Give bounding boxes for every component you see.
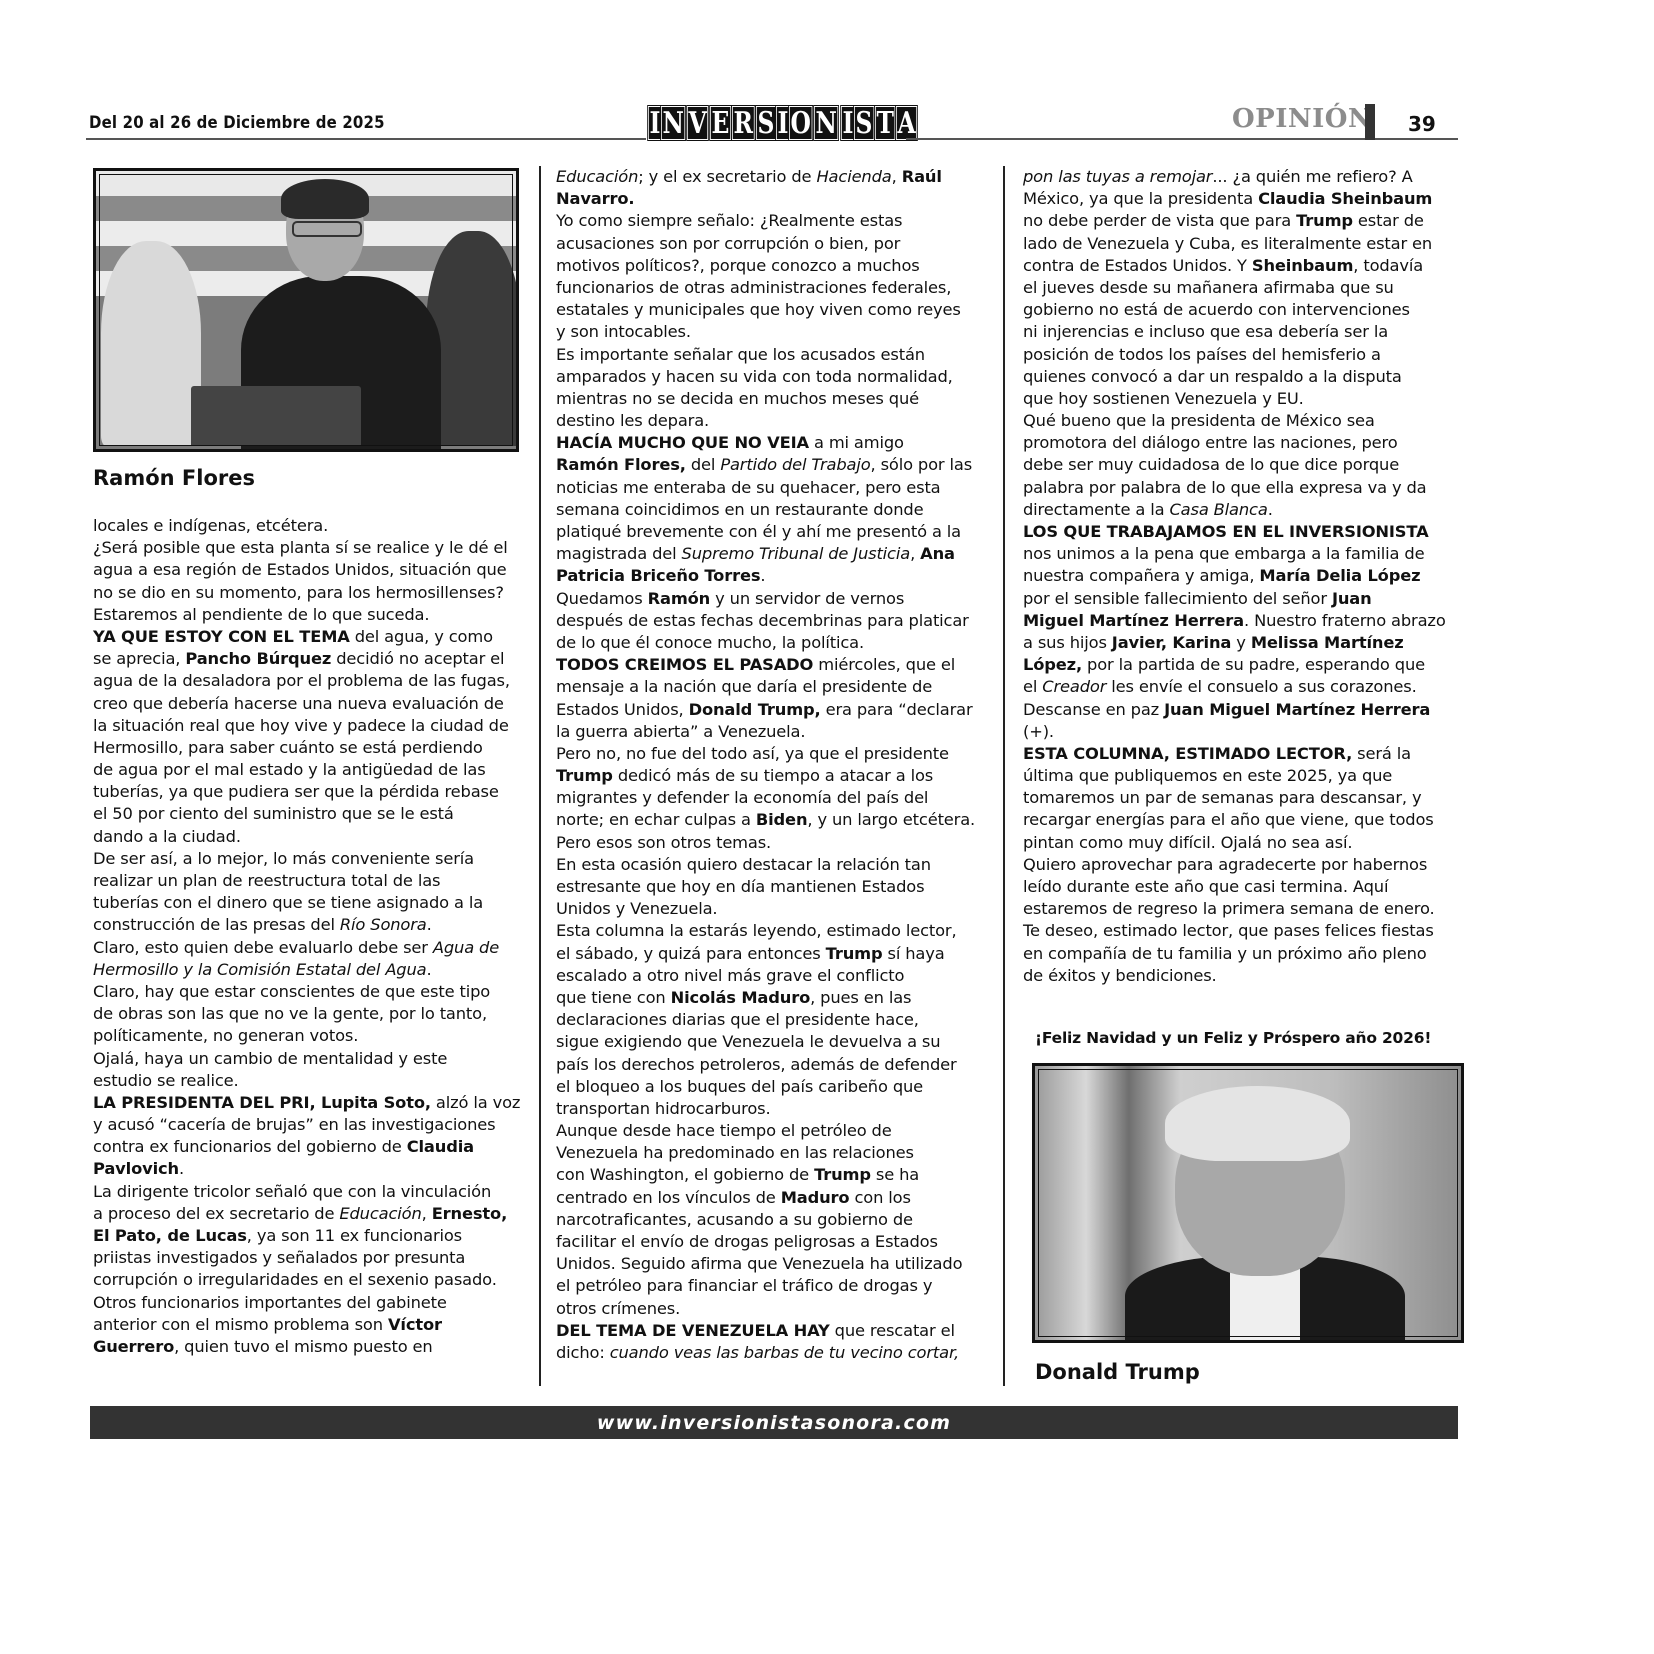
text-line: políticamente, no generan votos. <box>93 1025 520 1047</box>
body-text: Unidos. Seguido afirma que Venezuela ha … <box>556 1254 962 1273</box>
bold-text: Juan Miguel Martínez Herrera <box>1164 700 1430 719</box>
bold-text: Víctor <box>388 1315 442 1334</box>
text-line: palabra por palabra de lo que ella expre… <box>1023 477 1446 499</box>
body-text: contra de Estados Unidos. Y <box>1023 256 1252 275</box>
bold-text: Donald Trump, <box>689 700 821 719</box>
text-line: Educación; y el ex secretario de Haciend… <box>556 166 975 188</box>
body-text: tuberías con el dinero que se tiene asig… <box>93 893 483 912</box>
body-text: alzó la voz <box>431 1093 520 1112</box>
text-line: de obras son las que no ve la gente, por… <box>93 1003 520 1025</box>
text-line: leído durante este año que casi termina.… <box>1023 876 1446 898</box>
text-line: el bloqueo a los buques del país caribeñ… <box>556 1076 975 1098</box>
photo-figure <box>101 241 201 446</box>
text-line: funcionarios de otras administraciones f… <box>556 277 975 299</box>
bold-text: El Pato, de Lucas <box>93 1226 247 1245</box>
page-number: 39 <box>1408 112 1436 136</box>
body-text: el sábado, y quizá para entonces <box>556 944 826 963</box>
text-line: Venezuela ha predominado en las relacion… <box>556 1142 975 1164</box>
text-line: Guerrero, quien tuvo el mismo puesto en <box>93 1336 520 1358</box>
body-text: estresante que hoy en día mantienen Esta… <box>556 877 924 896</box>
text-line: a proceso del ex secretario de Educación… <box>93 1203 520 1225</box>
body-text: Claro, esto quien debe evaluarlo debe se… <box>93 938 433 957</box>
body-text: de éxitos y bendiciones. <box>1023 966 1217 985</box>
body-text: funcionarios de otras administraciones f… <box>556 278 951 297</box>
body-text: última que publiquemos en este 2025, ya … <box>1023 766 1392 785</box>
text-line: norte; en echar culpas a Biden, y un lar… <box>556 809 975 831</box>
body-text: y acusó “cacería de brujas” en las inves… <box>93 1115 495 1134</box>
text-line: López, por la partida de su padre, esper… <box>1023 654 1446 676</box>
body-text: estaremos de regreso la primera semana d… <box>1023 899 1435 918</box>
body-text: mientras no se decida en muchos meses qu… <box>556 389 919 408</box>
body-text: . <box>427 915 432 934</box>
text-line: noticias me enteraba de su quehacer, per… <box>556 477 975 499</box>
text-line: y son intocables. <box>556 321 975 343</box>
body-text: , <box>910 544 920 563</box>
text-line: Pero esos son otros temas. <box>556 832 975 854</box>
body-text: tomaremos un par de semanas para descans… <box>1023 788 1421 807</box>
italic-text: Casa Blanca <box>1169 500 1267 519</box>
text-line: quienes convocó a dar un respaldo a la d… <box>1023 366 1446 388</box>
bold-text: TODOS CREIMOS EL PASADO <box>556 655 813 674</box>
masthead-letter: N <box>814 106 839 140</box>
text-line: agua de la desaladora por el problema de… <box>93 670 520 692</box>
body-text: de obras son las que no ve la gente, por… <box>93 1004 487 1023</box>
text-line: otros crímenes. <box>556 1298 975 1320</box>
text-line: y acusó “cacería de brujas” en las inves… <box>93 1114 520 1136</box>
text-line: no se dio en su momento, para los hermos… <box>93 582 520 604</box>
text-line: Otros funcionarios importantes del gabin… <box>93 1292 520 1314</box>
body-text: era para “declarar <box>821 700 973 719</box>
body-text: , <box>892 167 902 186</box>
text-line: tomaremos un par de semanas para descans… <box>1023 787 1446 809</box>
body-text: políticamente, no generan votos. <box>93 1026 358 1045</box>
body-text: la situación real que hoy vive y padece … <box>93 716 509 735</box>
bold-text: María Delia López <box>1259 566 1420 585</box>
bold-text: LOS QUE TRABAJAMOS EN EL INVERSIONISTA <box>1023 522 1429 541</box>
text-line: creo que debería hacerse una nueva evalu… <box>93 693 520 715</box>
section-divider-bar <box>1365 104 1375 140</box>
bold-text: Nicolás Maduro <box>671 988 811 1007</box>
text-line: directamente a la Casa Blanca. <box>1023 499 1446 521</box>
bold-text: DEL TEMA DE VENEZUELA HAY <box>556 1321 830 1340</box>
body-text: locales e indígenas, etcétera. <box>93 516 328 535</box>
body-text: nos unimos a la pena que embarga a la fa… <box>1023 544 1424 563</box>
newspaper-page: Del 20 al 26 de Diciembre de 2025 INVERS… <box>0 0 1654 1654</box>
text-line: De ser así, a lo mejor, lo más convenien… <box>93 848 520 870</box>
body-text: narcotraficantes, acusando a su gobierno… <box>556 1210 913 1229</box>
text-line: contra de Estados Unidos. Y Sheinbaum, t… <box>1023 255 1446 277</box>
text-line: El Pato, de Lucas, ya son 11 ex funciona… <box>93 1225 520 1247</box>
masthead-letter: I <box>648 106 662 140</box>
body-text: Aunque desde hace tiempo el petróleo de <box>556 1121 892 1140</box>
text-line: facilitar el envío de drogas peligrosas … <box>556 1231 975 1253</box>
masthead-letter: T <box>875 106 896 140</box>
body-text: palabra por palabra de lo que ella expre… <box>1023 478 1427 497</box>
body-text: otros crímenes. <box>556 1299 680 1318</box>
body-text: Quedamos <box>556 589 648 608</box>
bold-text: Pavlovich <box>93 1159 179 1178</box>
text-line: de agua por el mal estado y la antigüeda… <box>93 759 520 781</box>
text-line: pintan como muy difícil. Ojalá no sea as… <box>1023 832 1446 854</box>
body-text: que rescatar el <box>830 1321 955 1340</box>
text-line: después de estas fechas decembrinas para… <box>556 610 975 632</box>
text-line: en compañía de tu familia y un próximo a… <box>1023 943 1446 965</box>
masthead-letter: N <box>661 106 686 140</box>
issue-date: Del 20 al 26 de Diciembre de 2025 <box>89 113 385 133</box>
body-text: , ya son 11 ex funcionarios <box>247 1226 462 1245</box>
masthead-letter: S <box>854 106 874 140</box>
photo-ramon-flores <box>93 168 519 452</box>
text-line: lado de Venezuela y Cuba, es literalment… <box>1023 233 1446 255</box>
column-divider <box>539 166 541 1386</box>
text-line: el jueves desde su mañanera afirmaba que… <box>1023 277 1446 299</box>
text-line: escalado a otro nivel más grave el confl… <box>556 965 975 987</box>
text-line: tuberías, ya que pudiera ser que la pérd… <box>93 781 520 803</box>
text-line: se aprecia, Pancho Búrquez decidió no ac… <box>93 648 520 670</box>
body-text: sigue exigiendo que Venezuela le devuelv… <box>556 1032 940 1051</box>
text-line: platiqué brevemente con él y ahí me pres… <box>556 521 975 543</box>
text-line: el petróleo para financiar el tráfico de… <box>556 1275 975 1297</box>
body-text: noticias me enteraba de su quehacer, per… <box>556 478 941 497</box>
body-text: el petróleo para financiar el tráfico de… <box>556 1276 932 1295</box>
body-text: de lo que él conoce mucho, la política. <box>556 633 864 652</box>
body-text: dedicó más de su tiempo a atacar a los <box>613 766 933 785</box>
text-line: que hoy sostienen Venezuela y EU. <box>1023 388 1446 410</box>
text-line: contra ex funcionarios del gobierno de C… <box>93 1136 520 1158</box>
body-text: (+). <box>1023 722 1054 741</box>
body-text: miércoles, que el <box>813 655 955 674</box>
text-line: corrupción o irregularidades en el sexen… <box>93 1269 520 1291</box>
text-line: estatales y municipales que hoy viven co… <box>556 299 975 321</box>
italic-text: cuando veas las barbas de tu vecino cort… <box>610 1343 959 1362</box>
body-text: dicho: <box>556 1343 610 1362</box>
body-text: y son intocables. <box>556 322 691 341</box>
italic-text: Creador <box>1042 677 1106 696</box>
body-text: el jueves desde su mañanera afirmaba que… <box>1023 278 1394 297</box>
body-text: realizar un plan de reestructura total d… <box>93 871 440 890</box>
body-text: estatales y municipales que hoy viven co… <box>556 300 961 319</box>
body-text: Hermosillo, para saber cuánto se está pe… <box>93 738 483 757</box>
masthead-letter: O <box>789 106 813 140</box>
body-text: Venezuela ha predominado en las relacion… <box>556 1143 914 1162</box>
text-line: Hermosillo y la Comisión Estatal del Agu… <box>93 959 520 981</box>
body-text: priistas investigados y señalados por pr… <box>93 1248 465 1267</box>
text-line: última que publiquemos en este 2025, ya … <box>1023 765 1446 787</box>
body-text: de agua por el mal estado y la antigüeda… <box>93 760 486 779</box>
text-line: motivos políticos?, porque conozco a muc… <box>556 255 975 277</box>
body-text: , y un largo etcétera. <box>807 810 975 829</box>
text-line: estaremos de regreso la primera semana d… <box>1023 898 1446 920</box>
bold-text: Trump <box>1296 211 1353 230</box>
body-text: construcción de las presas del <box>93 915 340 934</box>
italic-text: pon las tuyas a remojar <box>1023 167 1212 186</box>
body-text: anterior con el mismo problema son <box>93 1315 388 1334</box>
body-text: Unidos y Venezuela. <box>556 899 717 918</box>
text-line: no debe perder de vista que para Trump e… <box>1023 210 1446 232</box>
text-line: ESTA COLUMNA, ESTIMADO LECTOR, será la <box>1023 743 1446 765</box>
body-text: amparados y hacen su vida con toda norma… <box>556 367 953 386</box>
bold-text: ESTA COLUMNA, ESTIMADO LECTOR, <box>1023 744 1352 763</box>
text-line: que tiene con Nicolás Maduro, pues en la… <box>556 987 975 1009</box>
body-text: , pues en las <box>810 988 911 1007</box>
body-text: Yo como siempre señalo: ¿Realmente estas <box>556 211 902 230</box>
body-text: corrupción o irregularidades en el sexen… <box>93 1270 497 1289</box>
body-text: por el sensible fallecimiento del señor <box>1023 589 1332 608</box>
body-text: ... ¿a quién me refiero? A <box>1212 167 1412 186</box>
body-text: quienes convocó a dar un respaldo a la d… <box>1023 367 1402 386</box>
holiday-greeting: ¡Feliz Navidad y un Feliz y Próspero año… <box>1035 1029 1431 1047</box>
body-text: México, ya que la presidenta <box>1023 189 1258 208</box>
photo-caption: Donald Trump <box>1035 1360 1200 1384</box>
text-line: promotora del diálogo entre las naciones… <box>1023 432 1446 454</box>
bold-text: Guerrero <box>93 1337 174 1356</box>
body-text: Pero esos son otros temas. <box>556 833 771 852</box>
text-line: posición de todos los países del hemisfe… <box>1023 344 1446 366</box>
body-text: transportan hidrocarburos. <box>556 1099 771 1118</box>
body-text: recargar energías para el año que viene,… <box>1023 810 1434 829</box>
text-line: centrado en los vínculos de Maduro con l… <box>556 1187 975 1209</box>
website-link[interactable]: www.inversionistasonora.com <box>597 1412 951 1434</box>
text-line: Descanse en paz Juan Miguel Martínez Her… <box>1023 699 1446 721</box>
text-line: Estaremos al pendiente de lo que suceda. <box>93 604 520 626</box>
italic-text: Río Sonora <box>340 915 427 934</box>
text-line: Trump dedicó más de su tiempo a atacar a… <box>556 765 975 787</box>
body-text: a sus hijos <box>1023 633 1112 652</box>
bold-text: Trump <box>826 944 883 963</box>
text-line: amparados y hacen su vida con toda norma… <box>556 366 975 388</box>
body-text: decidió no aceptar el <box>331 649 504 668</box>
masthead-letter: R <box>732 106 755 140</box>
text-line: mensaje a la nación que daría el preside… <box>556 676 975 698</box>
body-text: no debe perder de vista que para <box>1023 211 1296 230</box>
bold-text: Sheinbaum <box>1252 256 1353 275</box>
body-text: y <box>1231 633 1251 652</box>
text-line: Esta columna la estarás leyendo, estimad… <box>556 920 975 942</box>
body-text: la guerra abierta” a Venezuela. <box>556 722 805 741</box>
body-text: . <box>179 1159 184 1178</box>
text-line: el Creador les envíe el consuelo a sus c… <box>1023 676 1446 698</box>
text-line: dicho: cuando veas las barbas de tu veci… <box>556 1342 975 1364</box>
body-text: nuestra compañera y amiga, <box>1023 566 1259 585</box>
text-line: priistas investigados y señalados por pr… <box>93 1247 520 1269</box>
masthead-letter: S <box>756 106 776 140</box>
column-text: pon las tuyas a remojar... ¿a quién me r… <box>1023 166 1446 987</box>
text-line: Claro, esto quien debe evaluarlo debe se… <box>93 937 520 959</box>
body-text: magistrada del <box>556 544 682 563</box>
header-rule-right <box>906 138 1458 140</box>
bold-text: Trump <box>814 1165 871 1184</box>
italic-text: Hacienda <box>816 167 891 186</box>
body-text: y un servidor de vernos <box>710 589 904 608</box>
body-text: ni injerencias e incluso que esa debería… <box>1023 322 1388 341</box>
text-line: Hermosillo, para saber cuánto se está pe… <box>93 737 520 759</box>
column-text: locales e indígenas, etcétera.¿Será posi… <box>93 515 520 1358</box>
body-text: el <box>1023 677 1042 696</box>
text-line: declaraciones diarias que el presidente … <box>556 1009 975 1031</box>
text-line: Quedamos Ramón y un servidor de vernos <box>556 588 975 610</box>
body-text: Otros funcionarios importantes del gabin… <box>93 1293 447 1312</box>
text-line: TODOS CREIMOS EL PASADO miércoles, que e… <box>556 654 975 676</box>
body-text: que tiene con <box>556 988 671 1007</box>
bold-text: López, <box>1023 655 1082 674</box>
text-line: el 50 por ciento del suministro que se l… <box>93 803 520 825</box>
body-text: a mi amigo <box>809 433 904 452</box>
italic-text: Agua de <box>433 938 499 957</box>
text-line: migrantes y defender la economía del paí… <box>556 787 975 809</box>
italic-text: Supremo Tribunal de Justicia <box>682 544 911 563</box>
bold-text: Ramón Flores, <box>556 455 686 474</box>
text-line: a sus hijos Javier, Karina y Melissa Mar… <box>1023 632 1446 654</box>
text-line: Unidos y Venezuela. <box>556 898 975 920</box>
bold-text: HACÍA MUCHO QUE NO VEIA <box>556 433 809 452</box>
body-text: posición de todos los países del hemisfe… <box>1023 345 1381 364</box>
text-line: Navarro. <box>556 188 975 210</box>
body-text: a proceso del ex secretario de <box>93 1204 339 1223</box>
text-line: narcotraficantes, acusando a su gobierno… <box>556 1209 975 1231</box>
body-text: facilitar el envío de drogas peligrosas … <box>556 1232 938 1251</box>
text-line: Aunque desde hace tiempo el petróleo de <box>556 1120 975 1142</box>
body-text: La dirigente tricolor señaló que con la … <box>93 1182 491 1201</box>
body-text: , todavía <box>1353 256 1423 275</box>
body-text: Pero no, no fue del todo así, ya que el … <box>556 744 949 763</box>
body-text: en compañía de tu familia y un próximo a… <box>1023 944 1427 963</box>
text-line: estudio se realice. <box>93 1070 520 1092</box>
text-line: La dirigente tricolor señaló que con la … <box>93 1181 520 1203</box>
text-line: con Washington, el gobierno de Trump se … <box>556 1164 975 1186</box>
body-text: declaraciones diarias que el presidente … <box>556 1010 919 1029</box>
body-text: gobierno no está de acuerdo con interven… <box>1023 300 1410 319</box>
text-line: acusaciones son por corrupción o bien, p… <box>556 233 975 255</box>
body-text: , sólo por las <box>871 455 973 474</box>
section-title: OPINIÓN <box>1232 104 1372 134</box>
text-line: nuestra compañera y amiga, María Delia L… <box>1023 565 1446 587</box>
bold-text: Ramón <box>648 589 711 608</box>
bold-text: Trump <box>556 766 613 785</box>
text-line: Te deseo, estimado lector, que pases fel… <box>1023 920 1446 942</box>
article-column-3: pon las tuyas a remojar... ¿a quién me r… <box>1023 166 1446 987</box>
body-text: del agua, y como <box>350 627 493 646</box>
text-line: Pavlovich. <box>93 1158 520 1180</box>
bold-text: Javier, Karina <box>1112 633 1231 652</box>
italic-text: Educación <box>556 167 638 186</box>
bold-text: Pancho Búrquez <box>185 649 331 668</box>
bold-text: Patricia Briceño Torres <box>556 566 760 585</box>
bold-text: Melissa Martínez <box>1251 633 1404 652</box>
article-column-2: Educación; y el ex secretario de Haciend… <box>556 166 975 1364</box>
bold-text: Juan <box>1332 589 1372 608</box>
text-line: transportan hidrocarburos. <box>556 1098 975 1120</box>
body-text: agua a esa región de Estados Unidos, sit… <box>93 560 507 579</box>
body-text: . <box>426 960 431 979</box>
body-text: no se dio en su momento, para los hermos… <box>93 583 504 602</box>
text-line: realizar un plan de reestructura total d… <box>93 870 520 892</box>
body-text: directamente a la <box>1023 500 1169 519</box>
body-text: por la partida de su padre, esperando qu… <box>1082 655 1425 674</box>
bold-text: Claudia <box>407 1137 474 1156</box>
text-line: ni injerencias e incluso que esa debería… <box>1023 321 1446 343</box>
body-text: En esta ocasión quiero destacar la relac… <box>556 855 931 874</box>
bold-text: LA PRESIDENTA DEL PRI, Lupita Soto, <box>93 1093 431 1112</box>
text-line: magistrada del Supremo Tribunal de Justi… <box>556 543 975 565</box>
body-text: . <box>1268 500 1273 519</box>
photo-laptop <box>191 386 361 446</box>
body-text: que hoy sostienen Venezuela y EU. <box>1023 389 1304 408</box>
body-text: Estados Unidos, <box>556 700 689 719</box>
body-text: Quiero aprovechar para agradecerte por h… <box>1023 855 1427 874</box>
text-line: recargar energías para el año que viene,… <box>1023 809 1446 831</box>
text-line: HACÍA MUCHO QUE NO VEIA a mi amigo <box>556 432 975 454</box>
bold-text: Ernesto, <box>432 1204 507 1223</box>
bold-text: YA QUE ESTOY CON EL TEMA <box>93 627 350 646</box>
text-line: semana coincidimos en un restaurante don… <box>556 499 975 521</box>
text-line: Es importante señalar que los acusados e… <box>556 344 975 366</box>
bold-text: Navarro. <box>556 189 634 208</box>
body-text: mensaje a la nación que daría el preside… <box>556 677 932 696</box>
body-text: Descanse en paz <box>1023 700 1164 719</box>
text-line: Ojalá, haya un cambio de mentalidad y es… <box>93 1048 520 1070</box>
text-line: Pero no, no fue del todo así, ya que el … <box>556 743 975 765</box>
body-text: país los derechos petroleros, además de … <box>556 1055 957 1074</box>
body-text: , quien tuvo el mismo puesto en <box>174 1337 432 1356</box>
body-text: creo que debería hacerse una nueva evalu… <box>93 694 504 713</box>
body-text: De ser así, a lo mejor, lo más convenien… <box>93 849 474 868</box>
text-line: Quiero aprovechar para agradecerte por h… <box>1023 854 1446 876</box>
body-text: del <box>686 455 720 474</box>
body-text: Es importante señalar que los acusados e… <box>556 345 925 364</box>
header-rule-left <box>86 138 646 140</box>
bold-text: Ana <box>920 544 955 563</box>
photo-figure <box>292 221 362 237</box>
text-line: la situación real que hoy vive y padece … <box>93 715 520 737</box>
masthead-letter: E <box>710 106 731 140</box>
body-text: contra ex funcionarios del gobierno de <box>93 1137 407 1156</box>
body-text: escalado a otro nivel más grave el confl… <box>556 966 904 985</box>
text-line: México, ya que la presidenta Claudia She… <box>1023 188 1446 210</box>
body-text: tuberías, ya que pudiera ser que la pérd… <box>93 782 499 801</box>
body-text: . Nuestro fraterno abrazo <box>1244 611 1446 630</box>
body-text: agua de la desaladora por el problema de… <box>93 671 510 690</box>
body-text: debe ser muy cuidadosa de lo que dice po… <box>1023 455 1399 474</box>
text-line: Qué bueno que la presidenta de México se… <box>1023 410 1446 432</box>
body-text: motivos políticos?, porque conozco a muc… <box>556 256 920 275</box>
footer-bar: www.inversionistasonora.com <box>90 1406 1458 1439</box>
body-text: ¿Será posible que esta planta sí se real… <box>93 538 508 557</box>
photo-figure <box>281 179 369 219</box>
text-line: construcción de las presas del Río Sonor… <box>93 914 520 936</box>
italic-text: Partido del Trabajo <box>720 455 870 474</box>
body-text: leído durante este año que casi termina.… <box>1023 877 1388 896</box>
text-line: nos unimos a la pena que embarga a la fa… <box>1023 543 1446 565</box>
italic-text: Educación <box>339 1204 421 1223</box>
body-text: Te deseo, estimado lector, que pases fel… <box>1023 921 1434 940</box>
body-text: Estaremos al pendiente de lo que suceda. <box>93 605 429 624</box>
body-text: norte; en echar culpas a <box>556 810 756 829</box>
body-text: , <box>422 1204 432 1223</box>
text-line: estresante que hoy en día mantienen Esta… <box>556 876 975 898</box>
text-line: Yo como siempre señalo: ¿Realmente estas <box>556 210 975 232</box>
text-line: YA QUE ESTOY CON EL TEMA del agua, y com… <box>93 626 520 648</box>
body-text: ; y el ex secretario de <box>638 167 816 186</box>
bold-text: Biden <box>756 810 808 829</box>
column-divider <box>1003 166 1005 1386</box>
text-line: LA PRESIDENTA DEL PRI, Lupita Soto, alzó… <box>93 1092 520 1114</box>
body-text: promotora del diálogo entre las naciones… <box>1023 433 1398 452</box>
text-line: mientras no se decida en muchos meses qu… <box>556 388 975 410</box>
masthead-letter: A <box>896 106 917 140</box>
body-text: lado de Venezuela y Cuba, es literalment… <box>1023 234 1432 253</box>
text-line: país los derechos petroleros, además de … <box>556 1054 975 1076</box>
masthead-letter: I <box>841 106 855 140</box>
